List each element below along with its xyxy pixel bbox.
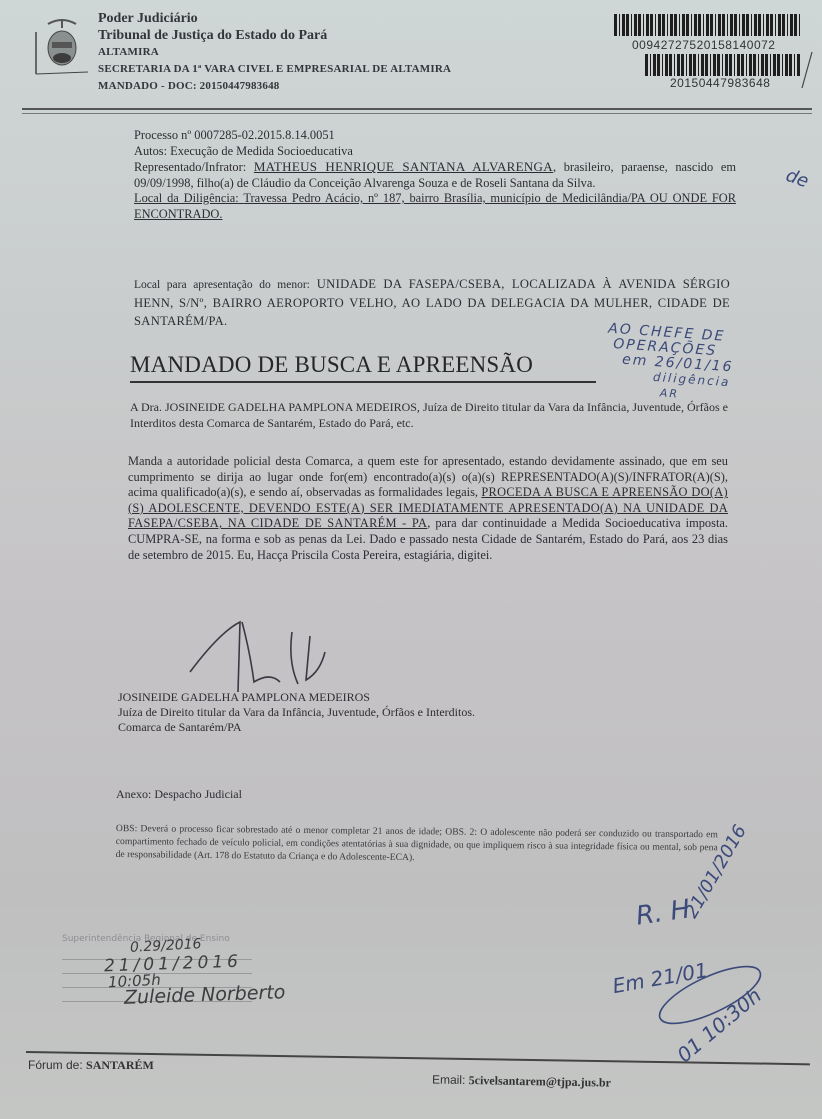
header-divider-thin — [22, 113, 812, 114]
header-block: Poder Judiciário Tribunal de Justiça do … — [98, 10, 451, 95]
coat-of-arms-icon — [32, 12, 92, 82]
title-underline — [130, 381, 596, 383]
header-court: Tribunal de Justiça do Estado do Pará — [98, 27, 451, 44]
barcode-2-number: 20150447983648 — [670, 76, 770, 90]
order-paragraph: Manda a autoridade policial desta Comarc… — [128, 454, 728, 563]
receipt-loop — [650, 960, 770, 1030]
document-page: Poder Judiciário Tribunal de Justiça do … — [0, 0, 822, 1119]
header-divider — [22, 108, 812, 110]
header-secretariat: SECRETARIA DA 1ª VARA CIVEL E EMPRESARIA… — [98, 61, 451, 78]
forum: Fórum de: SANTARÉM — [28, 1058, 154, 1073]
handwritten-note: AO CHEFE DE OPERAÇÕES em 26/01/16 diligê… — [604, 322, 736, 406]
judge-signature — [180, 612, 340, 702]
barcode-1 — [614, 14, 800, 36]
barcode-1-number: 00942727520158140072 — [632, 38, 775, 52]
representado-name: MATHEUS HENRIQUE SANTANA ALVARENGA — [254, 159, 553, 174]
representado: Representado/Infrator: MATHEUS HENRIQUE … — [134, 159, 736, 191]
observations: OBS: Deverá o processo ficar sobrestado … — [116, 822, 718, 867]
header-city: ALTAMIRA — [98, 44, 451, 61]
judge-intro: A Dra. JOSINEIDE GADELHA PAMPLONA MEDEIR… — [130, 400, 728, 431]
pen-stroke-icon — [800, 50, 814, 90]
header-doc-number: MANDADO - DOC: 20150447983648 — [98, 78, 451, 95]
page-title: MANDADO DE BUSCA E APREENSÃO — [130, 352, 533, 378]
header-judiciary: Poder Judiciário — [98, 10, 451, 27]
margin-initials: de — [783, 165, 811, 192]
barcode-2 — [645, 54, 801, 76]
diligencia: Local da Diligência: Travessa Pedro Acác… — [134, 191, 736, 222]
stamp-signature: Zuleide Norberto — [124, 981, 286, 1009]
footer-email: Email: 5civelsantarem@tjpa.jus.br — [432, 1072, 611, 1090]
autos: Autos: Execução de Medida Socioeducativa — [134, 144, 736, 160]
signature-block: JOSINEIDE GADELHA PAMPLONA MEDEIROS Juíz… — [118, 690, 475, 735]
email-link[interactable]: 5civelsantarem@tjpa.jus.br — [469, 1073, 611, 1089]
comarca: Comarca de Santarém/PA — [118, 720, 475, 735]
case-info: Processo nº 0007285-02.2015.8.14.0051 Au… — [134, 128, 736, 222]
process-number: Processo nº 0007285-02.2015.8.14.0051 — [134, 128, 736, 144]
annex: Anexo: Despacho Judicial — [116, 787, 242, 803]
judge-role: Juíza de Direito titular da Vara da Infâ… — [118, 705, 475, 720]
presentation-location: Local para apresentação do menor: UNIDAD… — [134, 275, 730, 330]
judge-name: JOSINEIDE GADELHA PAMPLONA MEDEIROS — [118, 690, 475, 705]
